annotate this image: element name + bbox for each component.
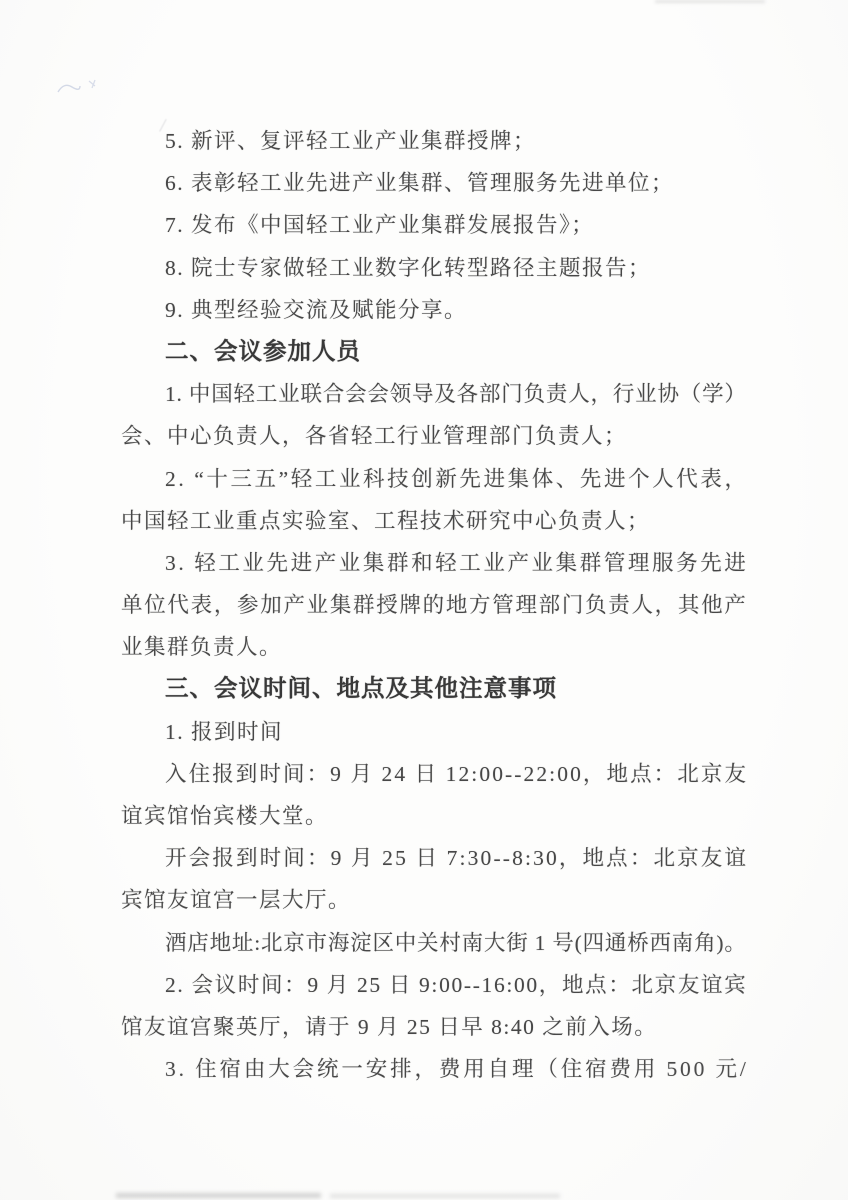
hotel-checkin-line-1: 入住报到时间：9 月 24 日 12:00--22:00，地点：北京友: [121, 753, 746, 795]
hotel-checkin-line-2: 谊宾馆怡宾楼大堂。: [121, 795, 746, 837]
agenda-item-5: 5. 新评、复评轻工业产业集群授牌；: [121, 120, 746, 162]
meeting-time-line-1: 2. 会议时间：9 月 25 日 9:00--16:00，地点：北京友谊宾: [121, 964, 746, 1006]
accommodation-line: 3. 住宿由大会统一安排，费用自理（住宿费用 500 元/: [121, 1048, 746, 1090]
pencil-scribble-mark: [56, 76, 102, 98]
hotel-address-line: 酒店地址:北京市海淀区中关村南大街 1 号(四通桥西南角)。: [121, 922, 746, 964]
agenda-item-9: 9. 典型经验交流及赋能分享。: [121, 289, 746, 331]
scanned-document-page: 5. 新评、复评轻工业产业集群授牌； 6. 表彰轻工业先进产业集群、管理服务先进…: [0, 0, 848, 1200]
participants-item-2b: 中国轻工业重点实验室、工程技术研究中心负责人；: [121, 500, 746, 542]
participants-item-1b: 会、中心负责人，各省轻工行业管理部门负责人；: [121, 415, 746, 457]
participants-item-1a: 1. 中国轻工业联合会会领导及各部门负责人，行业协（学）: [121, 373, 746, 415]
agenda-item-6: 6. 表彰轻工业先进产业集群、管理服务先进单位；: [121, 162, 746, 204]
document-text-block: 5. 新评、复评轻工业产业集群授牌； 6. 表彰轻工业先进产业集群、管理服务先进…: [121, 120, 746, 1090]
section-heading-time-location: 三、会议时间、地点及其他注意事项: [121, 668, 746, 710]
checkin-time-label: 1. 报到时间: [121, 711, 746, 753]
participants-item-2a: 2. “十三五”轻工业科技创新先进集体、先进个人代表，: [121, 458, 746, 500]
meeting-time-line-2: 馆友谊宫聚英厅，请于 9 月 25 日早 8:40 之前入场。: [121, 1006, 746, 1048]
participants-item-3c: 业集群负责人。: [121, 626, 746, 668]
agenda-item-8: 8. 院士专家做轻工业数字化转型路径主题报告；: [121, 247, 746, 289]
scan-smudge-bottom: [116, 1193, 321, 1198]
section-heading-participants: 二、会议参加人员: [121, 331, 746, 373]
scan-smudge-bottom-right: [330, 1194, 560, 1198]
participants-item-3b: 单位代表，参加产业集群授牌的地方管理部门负责人，其他产: [121, 584, 746, 626]
meeting-checkin-line-1: 开会报到时间：9 月 25 日 7:30--8:30，地点：北京友谊: [121, 837, 746, 879]
meeting-checkin-line-2: 宾馆友谊宫一层大厅。: [121, 879, 746, 921]
scan-smudge-top: [655, 0, 765, 3]
agenda-item-7: 7. 发布《中国轻工业产业集群发展报告》；: [121, 204, 746, 246]
participants-item-3a: 3. 轻工业先进产业集群和轻工业产业集群管理服务先进: [121, 542, 746, 584]
